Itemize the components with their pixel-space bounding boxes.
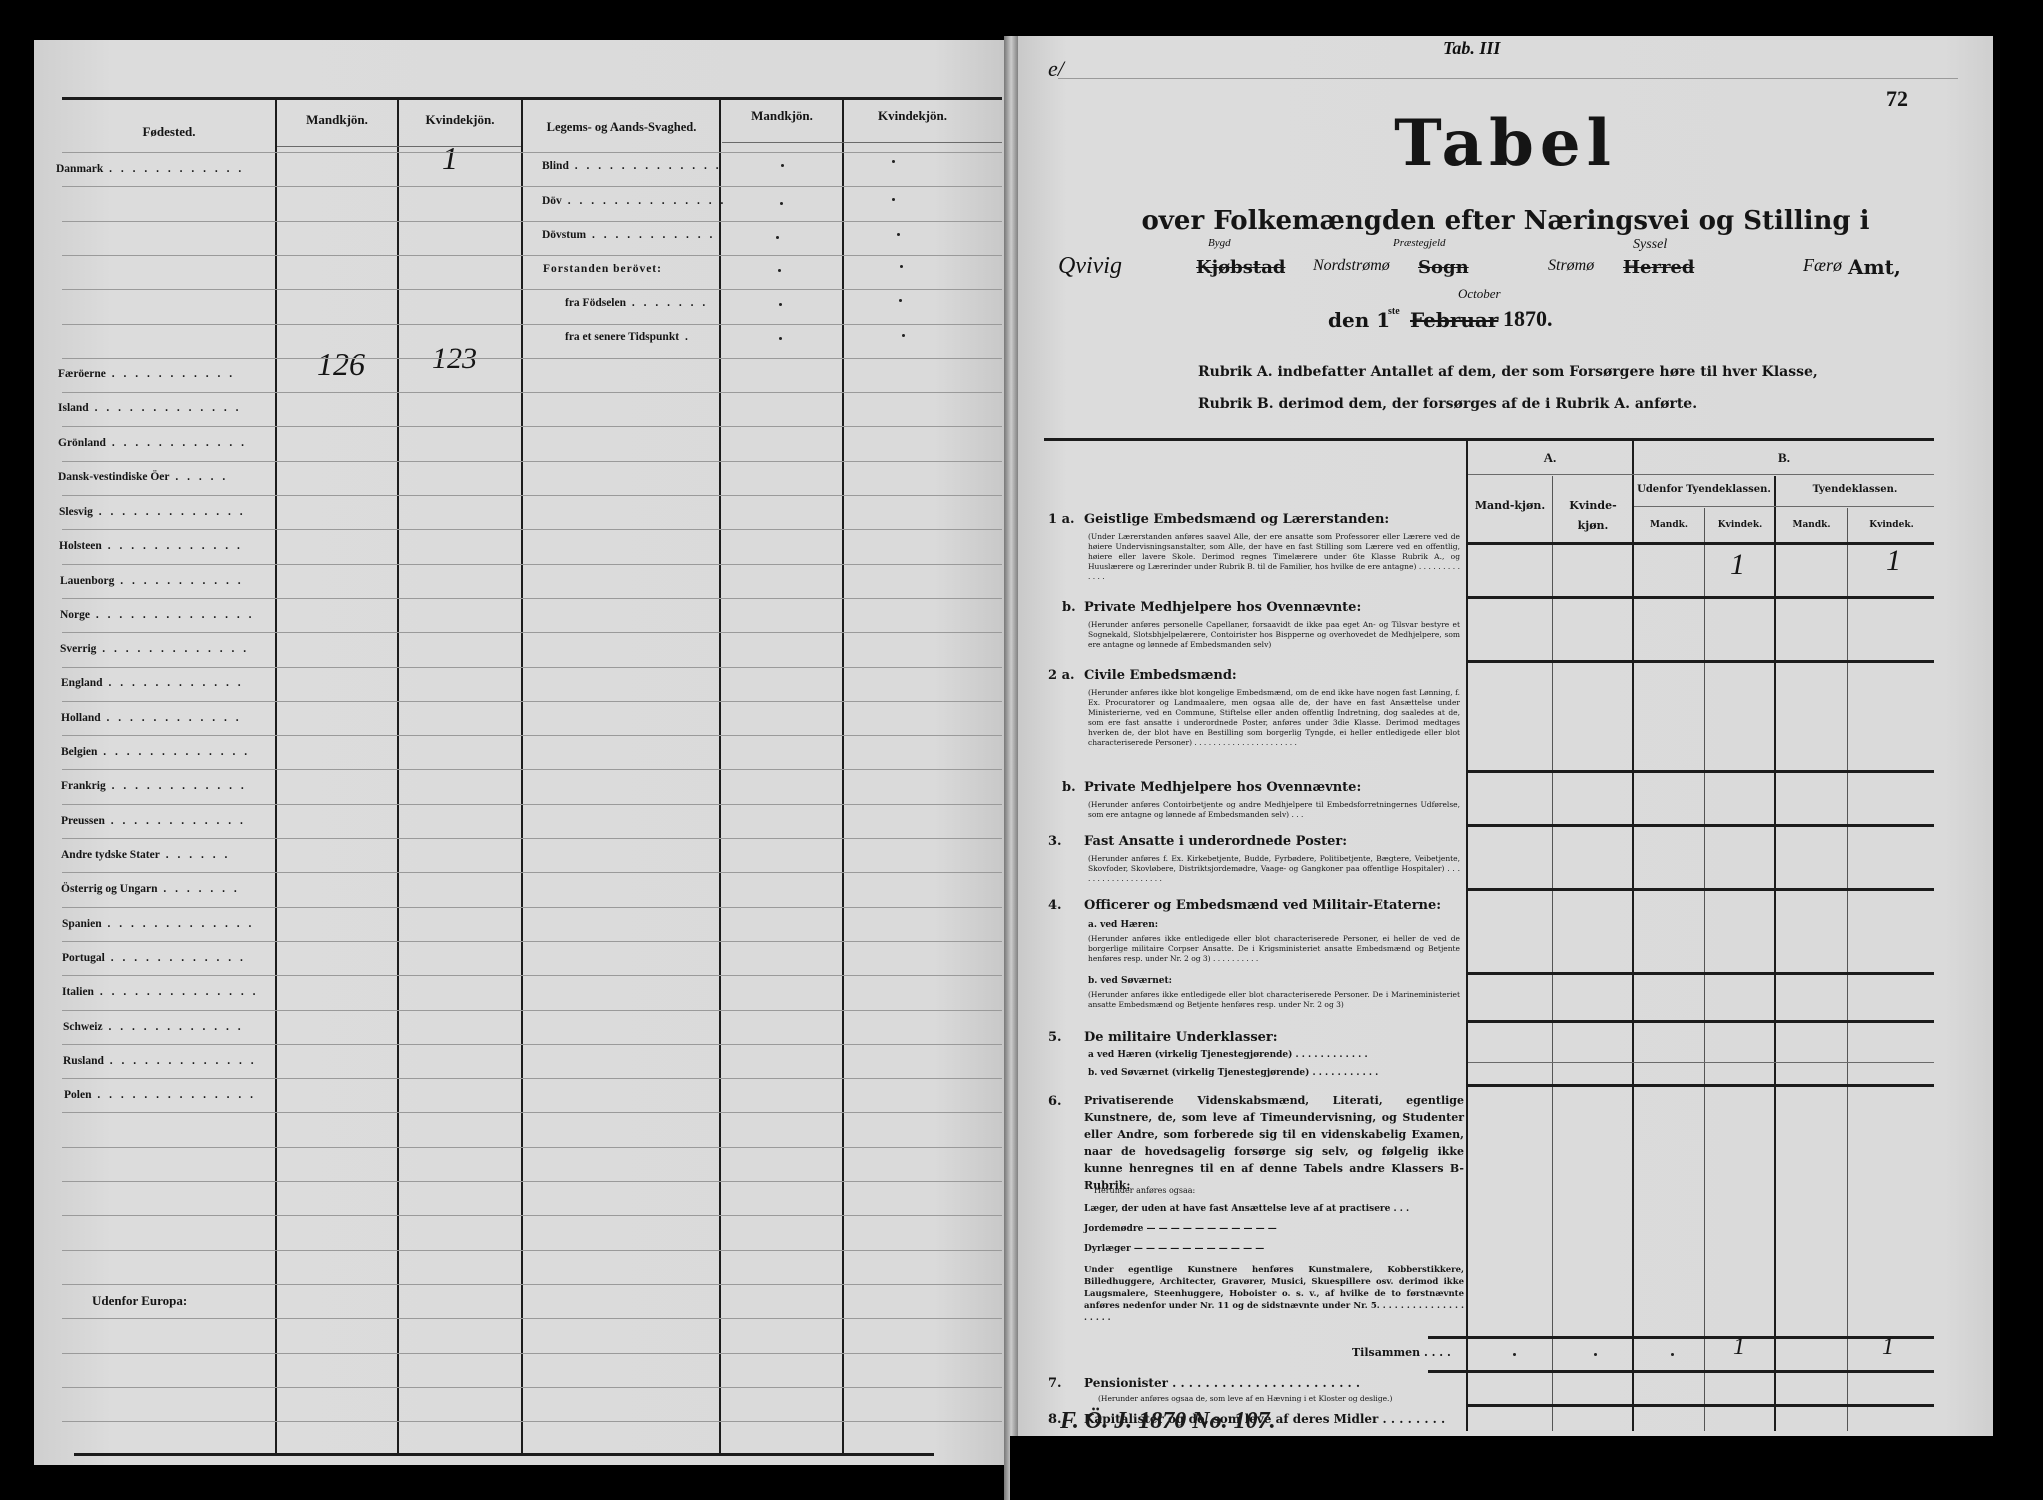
month-struck: Februar <box>1410 308 1498 332</box>
page-title: Tabel <box>1018 106 1993 181</box>
row-divider <box>1468 596 1934 599</box>
header-birthplace: Fødested. <box>64 124 274 140</box>
section-6-item-laeger: Læger, der uden at have fast Ansættelse … <box>1084 1204 1464 1214</box>
row-divider <box>1468 1020 1934 1023</box>
header-a-female: Kvinde-kjøn. <box>1554 496 1632 536</box>
infirmity-row-blind: Blind . . . . . . . . . . . . . <box>542 160 722 172</box>
header-group-b: B. <box>1634 450 1934 466</box>
row-divider <box>1428 1336 1934 1339</box>
col-divider <box>1774 476 1776 1431</box>
section-6-item-jordemodre: Jordemødre — — — — — — — — — — — <box>1084 1224 1464 1234</box>
row-line <box>62 1010 1002 1011</box>
row-line <box>62 529 1002 530</box>
left-page: Fødested. Mandkjön. Kvindekjön. Legems- … <box>34 40 1012 1465</box>
total-b1-male <box>1671 1353 1674 1356</box>
birthplace-row-dansk-vestindiske: Dansk-vestindiske Öer . . . . . <box>58 471 228 483</box>
section-6-note: Under egentlige Kunstnere henføres Kunst… <box>1084 1264 1464 1324</box>
row-divider <box>1468 1404 1934 1407</box>
outside-europe-label: Udenfor Europa: <box>92 1293 187 1309</box>
section-4b-label: b. ved Søværnet: <box>1088 976 1460 986</box>
year: 1870. <box>1503 306 1553 332</box>
birthplace-row-gronland: Grönland . . . . . . . . . . . . <box>58 437 247 449</box>
row-line <box>62 1318 1002 1319</box>
total-b2-female: 1 <box>1882 1334 1894 1361</box>
row-line <box>62 1284 1002 1285</box>
tick-mark <box>776 236 779 239</box>
infirmity-row-fra-fodselen: fra Födselen . . . . . . . <box>565 297 708 309</box>
birthplace-row-italien: Italien . . . . . . . . . . . . . . <box>62 986 258 998</box>
header-infirmity: Legems- og Aands-Svaghed. <box>524 120 719 135</box>
date-prefix: den 1 <box>1328 308 1390 332</box>
birthplace-row-faroerne: Færöerne . . . . . . . . . . . <box>58 368 235 380</box>
row-line <box>62 907 1002 908</box>
row-line <box>62 186 1002 187</box>
row-line <box>62 598 1002 599</box>
section-6-item-dyrlaeger: Dyrlæger — — — — — — — — — — — <box>1084 1244 1464 1254</box>
section-5b: b. ved Søværnet (virkelig Tjenestegjøren… <box>1088 1068 1460 1078</box>
section-title-4: Officerer og Embedsmænd ved Militair-Eta… <box>1084 898 1441 913</box>
struck-herred: Herred <box>1623 257 1694 278</box>
row-line <box>62 667 1002 668</box>
col-divider <box>842 98 844 1454</box>
rubrik-a-note: Rubrik A. indbefatter Antallet af dem, d… <box>1198 364 1818 380</box>
row-divider <box>1468 1084 1934 1087</box>
row-line <box>62 1387 1002 1388</box>
bottom-rule <box>74 1453 934 1456</box>
header-rule <box>1468 474 1934 475</box>
row-divider <box>1468 542 1934 545</box>
section-note-2a: (Herunder anføres ikke blot kongelige Em… <box>1088 688 1460 748</box>
row-line <box>62 1112 1002 1113</box>
row-line <box>62 324 1002 325</box>
section-num: 1 a. <box>1048 512 1075 527</box>
value-faroerne-male: 126 <box>317 346 365 383</box>
section-4a-label: a. ved Hæren: <box>1088 920 1460 930</box>
infirmity-row-forstanden: Forstanden berövet: <box>543 263 662 275</box>
above-annotation: Syssel <box>1633 237 1667 253</box>
col-divider <box>521 98 523 1454</box>
struck-sogn: Sogn <box>1418 257 1469 278</box>
section-note-2b: (Herunder anføres Contoirbetjente og and… <box>1088 800 1460 820</box>
row-line <box>62 701 1002 702</box>
section-num: 4. <box>1048 898 1062 913</box>
row-divider <box>1468 1062 1934 1063</box>
row-line <box>62 564 1002 565</box>
section-note-3: (Herunder anføres f. Ex. Kirkebetjente, … <box>1088 854 1460 884</box>
top-rule <box>1058 78 1958 79</box>
header-b1-male: Mandk. <box>1634 520 1704 530</box>
row-divider <box>1468 824 1934 827</box>
section-title-7: Pensionister . . . . . . . . . . . . . .… <box>1084 1376 1360 1390</box>
header-infirmity-male: Mandkjön. <box>722 108 842 124</box>
tick-mark <box>892 160 895 163</box>
header-rule <box>1634 506 1934 507</box>
col-divider <box>275 98 277 1454</box>
section-6-also-label: Herunder anføres ogsaa: <box>1094 1186 1466 1196</box>
birthplace-row-holsteen: Holsteen . . . . . . . . . . . . <box>59 540 243 552</box>
section-title-3: Fast Ansatte i underordnede Poster: <box>1084 834 1347 849</box>
struck-kjobstad: Kjøbstad <box>1196 257 1285 278</box>
header-b-outside-servants: Udenfor Tyendeklassen. <box>1634 484 1774 495</box>
header-b2-female: Kvindek. <box>1849 520 1934 530</box>
birthplace-row-danmark: Danmark . . . . . . . . . . . . <box>56 163 244 175</box>
section-title-1a: Geistlige Embedsmænd og Lærerstanden: <box>1084 512 1389 527</box>
row-line <box>62 1044 1002 1045</box>
birthplace-row-rusland: Rusland . . . . . . . . . . . . . <box>63 1055 257 1067</box>
tick-mark <box>780 202 783 205</box>
right-page: e/ Tab. III 72 Tabel over Folkemængden e… <box>1018 36 1993 1436</box>
header-b2-male: Mandk. <box>1776 520 1847 530</box>
place-name: Qvivig <box>1058 253 1122 280</box>
col-divider <box>719 98 721 1454</box>
infirmity-row-dov: Döv . . . . . . . . . . . . . . <box>542 195 726 207</box>
row-divider <box>1468 770 1934 773</box>
header-b-servants: Tyendeklassen. <box>1776 484 1934 495</box>
section-num: 2 a. <box>1048 668 1075 683</box>
row-divider <box>1428 1370 1934 1373</box>
birthplace-row-island: Island . . . . . . . . . . . . . <box>58 402 241 414</box>
section-note-1a: (Under Lærerstanden anføres saavel Alle,… <box>1088 532 1460 582</box>
col-divider <box>1552 476 1553 1431</box>
tick-mark <box>779 337 782 340</box>
row-line <box>62 1353 1002 1354</box>
section-4b-note: (Herunder anføres ikke entledigede eller… <box>1088 990 1460 1010</box>
section-num: 7. <box>1048 1376 1062 1391</box>
section-5a: a ved Hæren (virkelig Tjenestegjørende) … <box>1088 1050 1460 1060</box>
header-b1-female: Kvindek. <box>1706 520 1774 530</box>
section-num: 6. <box>1048 1094 1062 1109</box>
row-line <box>62 1250 1002 1251</box>
total-a-male <box>1513 1353 1516 1356</box>
row-line <box>62 221 1002 222</box>
row-line <box>62 495 1002 496</box>
section-title-1b: Private Medhjelpere hos Ovennævnte: <box>1084 600 1361 615</box>
birthplace-row-preussen: Preussen . . . . . . . . . . . . <box>61 815 246 827</box>
date-sup: ste <box>1388 306 1400 317</box>
above-annotation: Bygd <box>1208 237 1231 249</box>
top-rule <box>62 97 1002 100</box>
row-divider <box>1468 660 1934 663</box>
archive-reference: F. Ö. J. 1870 No. 107. <box>1060 1408 1276 1435</box>
header-infirmity-female: Kvindekjön. <box>845 108 980 124</box>
birthplace-row-portugal: Portugal . . . . . . . . . . . . <box>62 952 246 964</box>
tick-mark <box>781 164 784 167</box>
county-name: Færø <box>1803 255 1842 276</box>
tick-mark <box>778 269 781 272</box>
row-line <box>62 1147 1002 1148</box>
district-name: Strømø <box>1548 257 1594 275</box>
birthplace-row-norge: Norge . . . . . . . . . . . . . . <box>60 609 255 621</box>
row-line <box>62 461 1002 462</box>
location-line: Qvivig Bygd Kjøbstad Nordstrømø Præstegj… <box>1048 249 1968 299</box>
section-note-7: (Herunder anføres ogsaa de, som leve af … <box>1098 1394 1468 1404</box>
month-handwritten: October <box>1458 286 1501 302</box>
tick-mark <box>892 198 895 201</box>
infirmity-row-dovstum: Dövstum . . . . . . . . . . . <box>542 229 715 241</box>
total-label: Tilsammen . . . . <box>1352 1346 1451 1359</box>
page-subtitle: over Folkemængden efter Næringsvei og St… <box>1018 206 1993 236</box>
value-danmark-female: 1 <box>442 140 458 177</box>
table-top-rule <box>1044 438 1934 441</box>
total-a-female <box>1594 1353 1597 1356</box>
col-divider <box>397 98 399 1454</box>
birthplace-row-frankrig: Frankrig . . . . . . . . . . . . <box>61 780 247 792</box>
section-num: 5. <box>1048 1030 1062 1045</box>
header-female: Kvindekjön. <box>399 112 521 128</box>
row-line <box>62 392 1002 393</box>
birthplace-row-andre-tydske: Andre tydske Stater . . . . . . <box>61 849 230 861</box>
row-line <box>62 426 1002 427</box>
tick-mark <box>897 233 900 236</box>
value-faroerne-female: 123 <box>432 342 477 376</box>
col-divider <box>1704 508 1705 1431</box>
top-annotation: Tab. III <box>1443 38 1500 59</box>
section-title-2a: Civile Embedsmænd: <box>1084 668 1237 683</box>
above-annotation: Præstegjeld <box>1393 237 1446 249</box>
birthplace-row-england: England . . . . . . . . . . . . <box>61 677 244 689</box>
birthplace-row-sverrig: Sverrig . . . . . . . . . . . . . <box>60 643 249 655</box>
scan-border <box>1010 1436 2043 1500</box>
header-group-a: A. <box>1468 450 1632 466</box>
amt-label: Amt, <box>1848 255 1901 279</box>
birthplace-row-osterrig: Österrig og Ungarn . . . . . . . <box>61 883 240 895</box>
row-line <box>62 358 1002 359</box>
header-a-male: Mand-kjøn. <box>1470 496 1550 516</box>
date-line: October den 1 ste Februar 1870. <box>1328 306 1728 346</box>
birthplace-row-holland: Holland . . . . . . . . . . . . <box>61 712 242 724</box>
birthplace-row-spanien: Spanien . . . . . . . . . . . . . <box>62 918 254 930</box>
row-divider <box>1468 972 1934 975</box>
section-title-2b: Private Medhjelpere hos Ovennævnte: <box>1084 780 1361 795</box>
header-underline <box>277 146 521 147</box>
row-line <box>62 735 1002 736</box>
row-line <box>62 941 1002 942</box>
rubrik-b-note: Rubrik B. derimod dem, der forsørges af … <box>1198 396 1697 412</box>
section-num: b. <box>1062 780 1076 795</box>
tick-mark <box>899 299 902 302</box>
tick-mark <box>902 334 905 337</box>
section-title-5: De militaire Underklasser: <box>1084 1030 1278 1045</box>
col-divider <box>1847 508 1848 1431</box>
row-line <box>62 1181 1002 1182</box>
section-num: 3. <box>1048 834 1062 849</box>
row-divider <box>1468 888 1934 891</box>
infirmity-row-fra-senere: fra et senere Tidspunkt . <box>565 331 691 343</box>
section-4a-note: (Herunder anføres ikke entledigede eller… <box>1088 934 1460 964</box>
row-line <box>62 632 1002 633</box>
parish-name: Nordstrømø <box>1313 257 1390 275</box>
row-line <box>62 872 1002 873</box>
row-line <box>62 975 1002 976</box>
birthplace-row-lauenborg: Lauenborg . . . . . . . . . . . <box>60 575 244 587</box>
total-b1-female: 1 <box>1733 1334 1745 1361</box>
tick-mark <box>900 265 903 268</box>
birthplace-row-slesvig: Slesvig . . . . . . . . . . . . . <box>59 506 246 518</box>
row-line <box>62 769 1002 770</box>
row-line <box>62 152 1002 153</box>
scan-border <box>1993 30 2043 1500</box>
row-line <box>62 1215 1002 1216</box>
section-title-6: Privatiserende Videnskabsmænd, Literati,… <box>1084 1092 1464 1194</box>
section-note-1b: (Herunder anføres personelle Capellaner,… <box>1088 620 1460 650</box>
header-underline <box>722 142 1002 143</box>
row-line <box>62 1421 1002 1422</box>
birthplace-row-polen: Polen . . . . . . . . . . . . . . <box>64 1089 256 1101</box>
section-num: b. <box>1062 600 1076 615</box>
row-line <box>62 804 1002 805</box>
row-line <box>62 289 1002 290</box>
value-1a-b2-female: 1 <box>1886 544 1901 578</box>
col-divider <box>1632 439 1634 1431</box>
header-male: Mandkjön. <box>277 112 397 128</box>
row-line <box>62 838 1002 839</box>
col-divider <box>1466 439 1468 1431</box>
row-line <box>62 1078 1002 1079</box>
birthplace-row-belgien: Belgien . . . . . . . . . . . . . <box>61 746 250 758</box>
birthplace-row-schweiz: Schweiz . . . . . . . . . . . . <box>63 1021 244 1033</box>
row-line <box>62 255 1002 256</box>
value-1a-b1-female: 1 <box>1730 548 1745 582</box>
tick-mark <box>779 303 782 306</box>
